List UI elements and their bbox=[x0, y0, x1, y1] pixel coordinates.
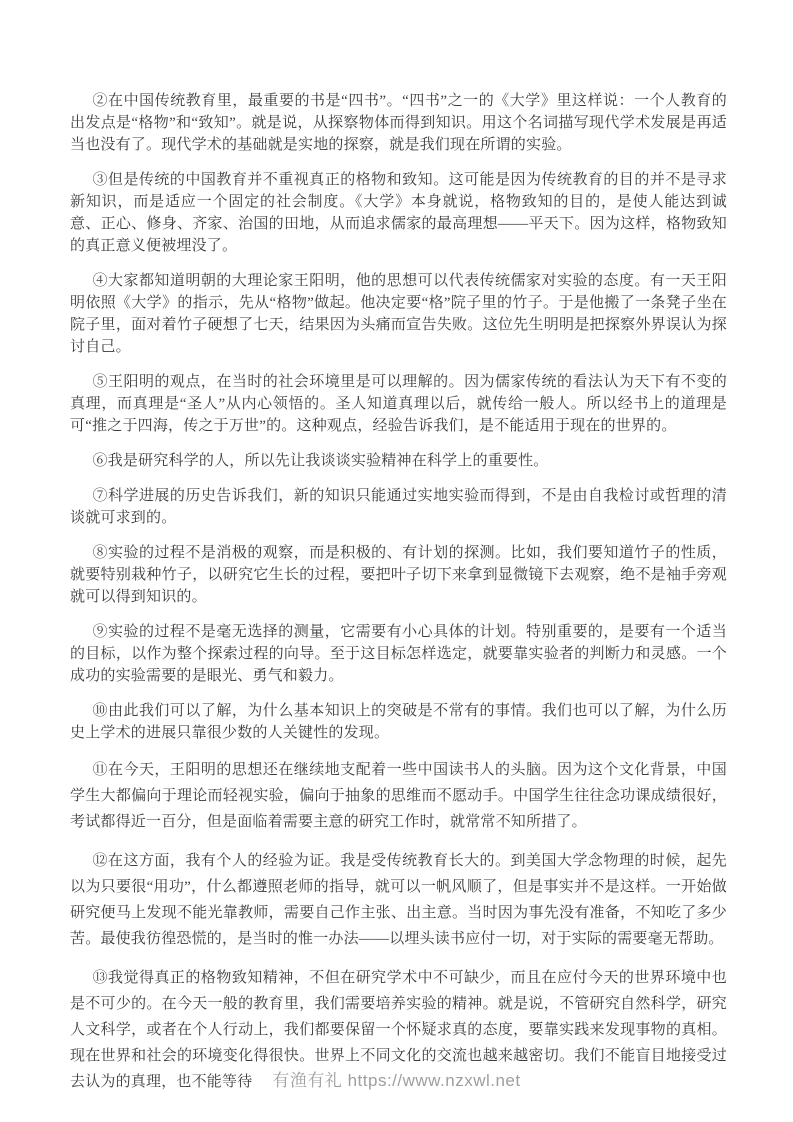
paragraph-11: ⑪在今天，王阳明的思想还在继续地支配着一些中国读书人的头脑。因为这个文化背景，中… bbox=[70, 757, 727, 835]
paragraph-6: ⑥我是研究科学的人，所以先让我谈谈实验精神在科学上的重要性。 bbox=[70, 450, 727, 472]
paragraph-8: ⑧实验的过程不是消极的观察，而是积极的、有计划的探测。比如，我们要知道竹子的性质… bbox=[70, 542, 727, 608]
paragraph-7: ⑦科学进展的历史告诉我们，新的知识只能通过实地实验而得到，不是由自我检讨或哲理的… bbox=[70, 485, 727, 529]
document-page: ②在中国传统教育里，最重要的书是“四书”。“四书”之一的《大学》里这样说：一个人… bbox=[0, 0, 793, 1122]
paragraph-3: ③但是传统的中国教育并不重视真正的格物和致知。这可能是因为传统教育的目的并不是寻… bbox=[70, 169, 727, 257]
paragraph-4: ④大家都知道明朝的大理论家王阳明，他的思想可以代表传统儒家对实验的态度。有一天王… bbox=[70, 270, 727, 358]
paragraph-10: ⑩由此我们可以了解，为什么基本知识上的突破是不常有的事情。我们也可以了解，为什么… bbox=[70, 700, 727, 744]
paragraph-5: ⑤王阳明的观点，在当时的社会环境里是可以理解的。因为儒家传统的看法认为天下有不变… bbox=[70, 371, 727, 437]
paragraph-2: ②在中国传统教育里，最重要的书是“四书”。“四书”之一的《大学》里这样说：一个人… bbox=[70, 90, 727, 156]
article-body: ②在中国传统教育里，最重要的书是“四书”。“四书”之一的《大学》里这样说：一个人… bbox=[70, 90, 727, 1108]
paragraph-12: ⑫在这方面，我有个人的经验为证。我是受传统教育长大的。到美国大学念物理的时候，起… bbox=[70, 848, 727, 952]
watermark: 有渔有礼 https://www.nzxwl.net bbox=[0, 1066, 793, 1091]
paragraph-9: ⑨实验的过程不是毫无选择的测量，它需要有小心具体的计划。特别重要的，是要有一个适… bbox=[70, 621, 727, 687]
